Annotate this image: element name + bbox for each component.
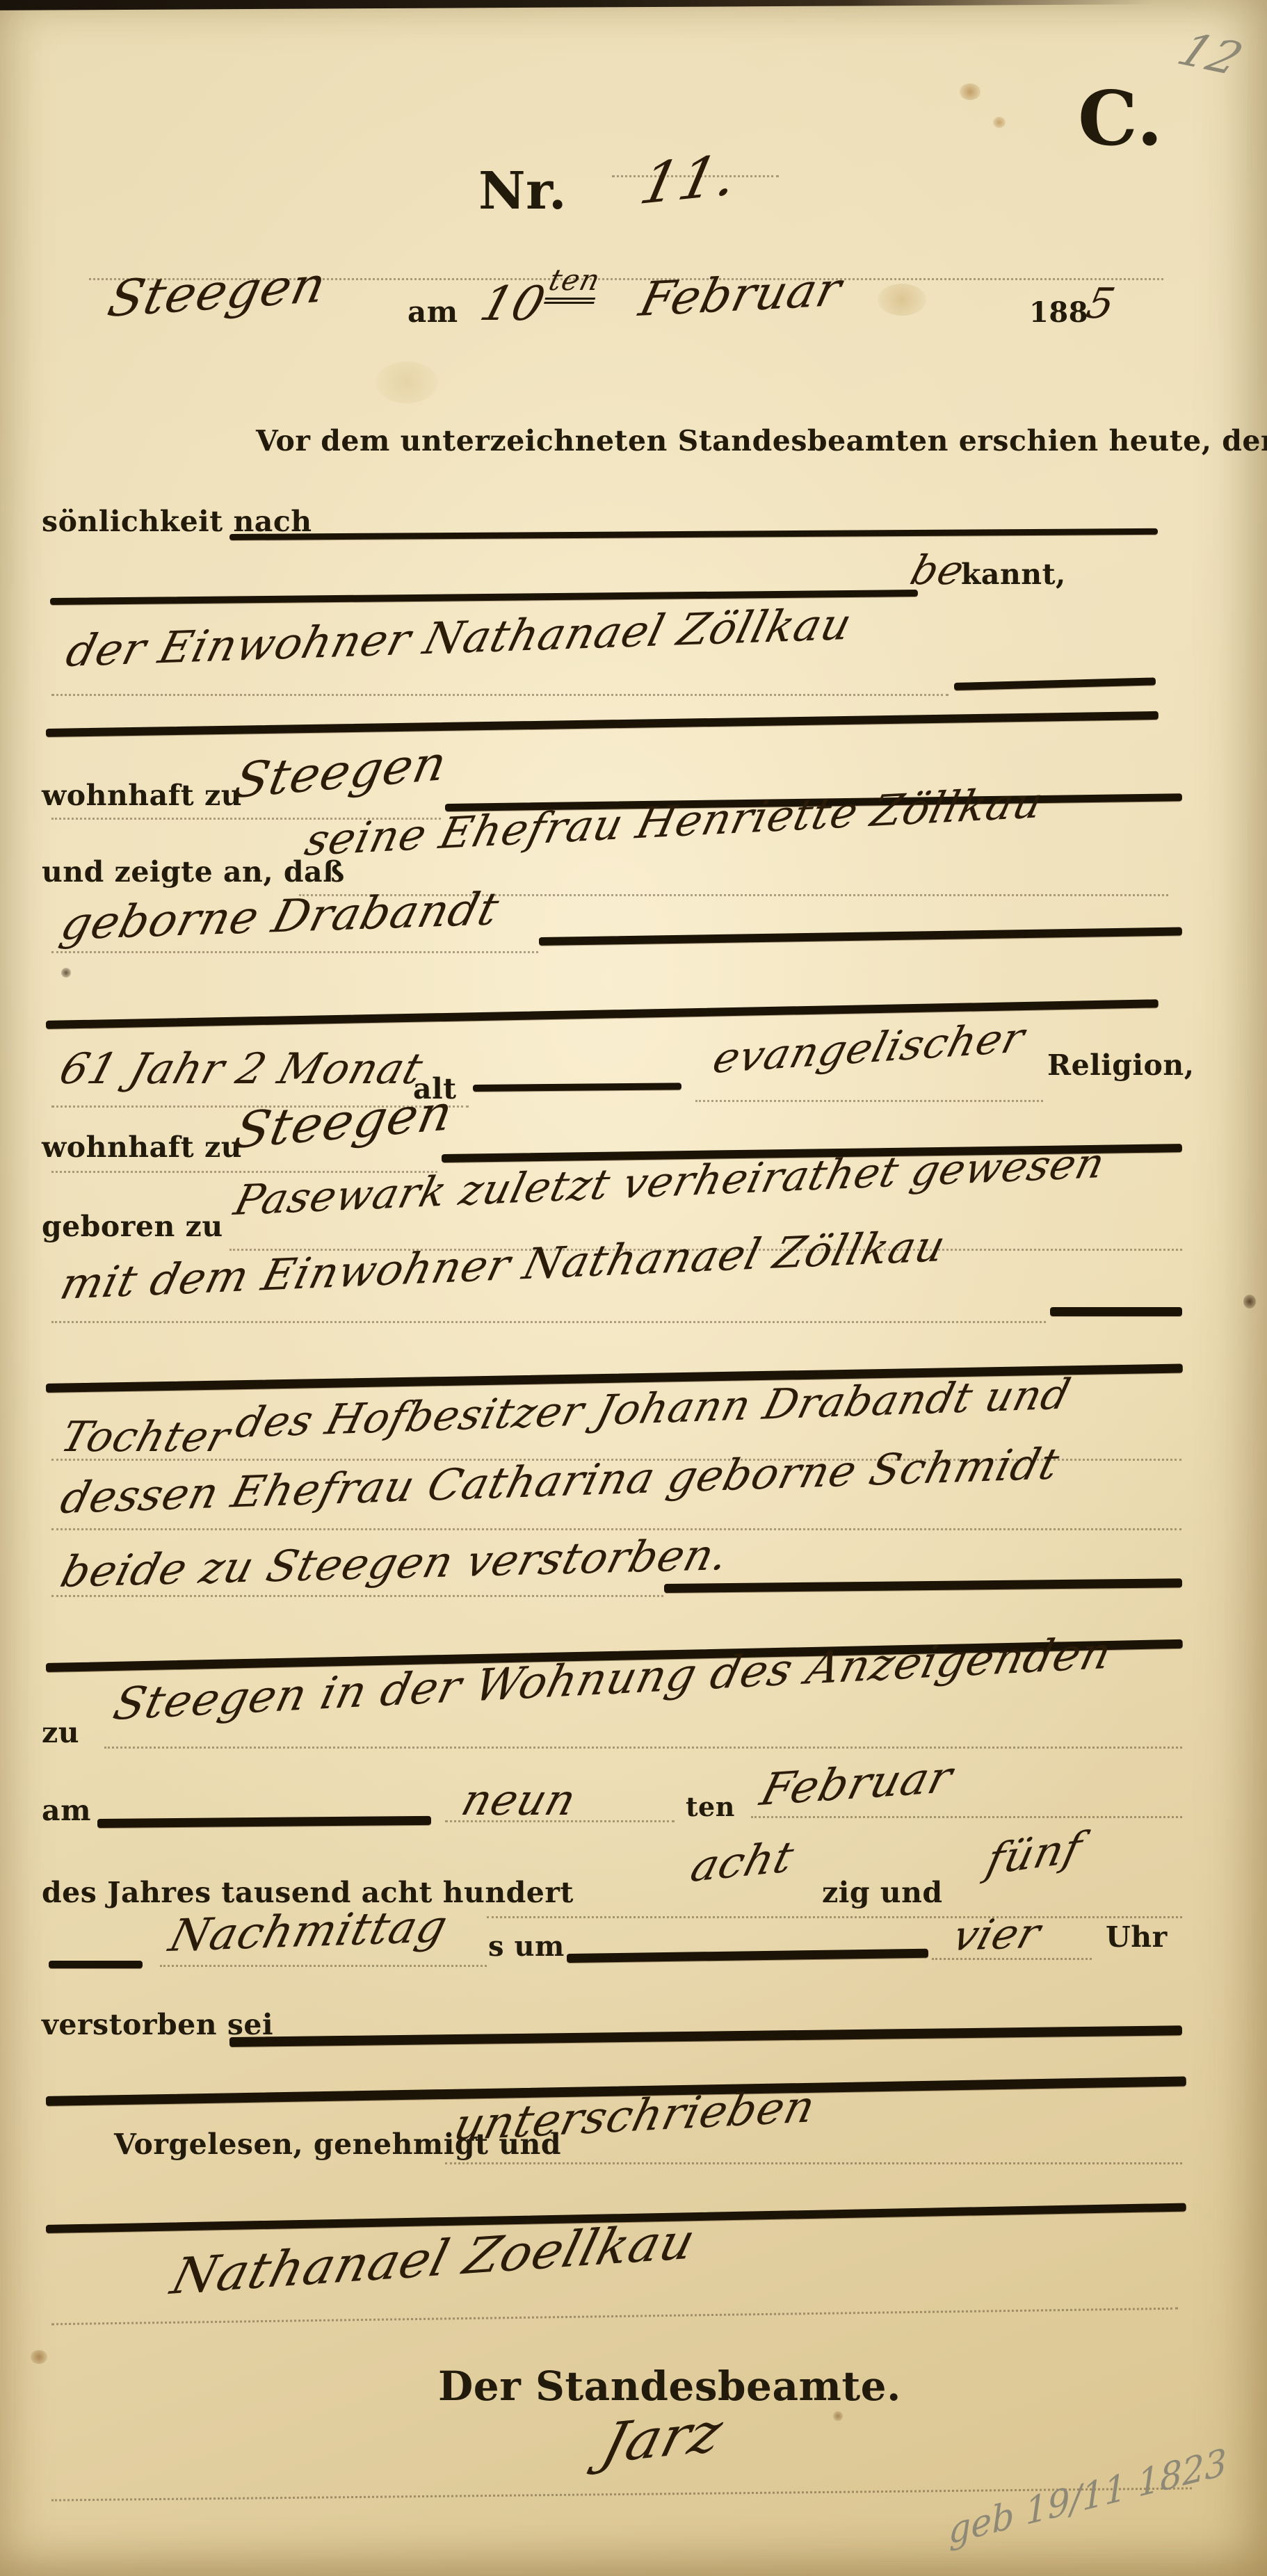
death-year-label: des Jahres tausend acht hundert: [42, 1876, 574, 1909]
registrar-label: Der Standesbeamte.: [438, 2363, 901, 2410]
intro-known-printed: kannt,: [961, 558, 1066, 591]
signature-dotline: [51, 2308, 1178, 2326]
dateline-day-suffix-hand: ten: [544, 263, 604, 304]
dateline-place-hand: Steegen: [103, 255, 332, 328]
fill-line: [567, 1949, 928, 1963]
deceased-religion-hand: evangelischer: [708, 1014, 1030, 1083]
declarant-identity-hand: der Einwohner Nathanael Zöllkau: [61, 599, 857, 677]
record-number-value: 11.: [634, 143, 744, 218]
dotline: [104, 1747, 1182, 1749]
parents-relation-hand: Tochter: [56, 1413, 236, 1461]
paper-stain: [878, 284, 926, 316]
death-ten-label: ten: [686, 1791, 735, 1822]
dotline: [160, 1965, 487, 1967]
dotline: [51, 694, 949, 696]
paper-stain: [993, 117, 1006, 128]
paper-stain: [833, 2411, 843, 2421]
ink-blot: [1243, 1295, 1256, 1309]
dateline-day-hand: 10: [474, 277, 551, 332]
deceased-religion-label: Religion,: [1047, 1048, 1194, 1082]
death-uhr-label: Uhr: [1106, 1920, 1168, 1954]
paper-stain: [31, 2350, 47, 2364]
dateline-am-label: am: [407, 295, 458, 329]
death-zig-label: zig und: [822, 1876, 943, 1909]
deceased-age-hand: 61 Jahr 2 Monat: [54, 1044, 429, 1094]
paper-stain: [960, 83, 980, 100]
declarant-residence-hand: Steegen: [229, 734, 452, 809]
deceased-residence-hand: Steegen: [229, 1083, 458, 1160]
deceased-residence-label: wohnhaft zu: [42, 1131, 242, 1164]
dotline: [445, 2162, 1182, 2164]
series-letter: C.: [1078, 75, 1163, 163]
fill-line: [229, 528, 1158, 540]
fill-line: [954, 677, 1156, 690]
paper-stain: [376, 362, 438, 403]
dotline: [445, 1820, 675, 1822]
fill-line: [49, 1961, 143, 1968]
death-on-label: am: [42, 1794, 91, 1827]
death-daytime-hand: Nachmittag: [164, 1901, 453, 1962]
death-deceased-label: verstorben sei: [42, 2008, 273, 2041]
section-rule: [46, 711, 1159, 737]
dateline-year-printed: 188: [1029, 296, 1088, 329]
intro-line1: Vor dem unterzeichneten Standesbeamten e…: [256, 424, 1267, 457]
death-place-hand: Steegen in der Wohnung des Anzeigenden: [108, 1628, 1117, 1731]
record-number-label: Nr.: [478, 161, 567, 221]
fill-line: [1050, 1307, 1182, 1316]
parents-status-hand: beide zu Steegen verstorben.: [56, 1529, 734, 1597]
fill-line: [664, 1578, 1182, 1593]
ink-blot: [61, 968, 71, 978]
dotline: [51, 1595, 663, 1597]
dateline-month-hand: Februar: [634, 262, 847, 327]
scan-top-edge: [0, 0, 1267, 10]
fill-line: [473, 1083, 681, 1092]
fill-line: [539, 927, 1182, 946]
death-register-page: 12 C. Nr. 11. Steegen am 10 ten Februar …: [0, 0, 1267, 2576]
death-day-hand: neun: [456, 1774, 582, 1825]
dotline: [51, 951, 538, 953]
death-unit-hand: fünf: [982, 1822, 1087, 1885]
declarant-maiden-hand: geborne Drabandt: [56, 883, 504, 950]
fill-line: [97, 1816, 431, 1828]
dotline: [51, 1528, 1181, 1530]
dotline: [932, 1958, 1092, 1960]
death-sum-label: s um: [488, 1930, 565, 1963]
declarant-report-label: und zeigte an, daß: [42, 855, 345, 889]
pencil-birth-note: geb 19/11 1823: [948, 2441, 1227, 2553]
intro-known-hand: be: [905, 546, 970, 594]
dotline: [751, 1816, 1182, 1818]
death-decade-hand: acht: [686, 1831, 800, 1892]
registrar-signature: Jarz: [595, 2399, 729, 2476]
dotline: [695, 1100, 1043, 1102]
fill-line: [229, 2025, 1182, 2047]
death-at-label: zu: [42, 1716, 79, 1749]
dateline-year-digit-hand: 5: [1082, 280, 1120, 328]
declarant-residence-label: wohnhaft zu: [42, 779, 242, 812]
pencil-page-number: 12: [1170, 24, 1251, 86]
deceased-birthplace-label: geboren zu: [42, 1210, 223, 1243]
death-hour-hand: vier: [947, 1909, 1047, 1961]
dotline: [487, 1916, 1182, 1918]
dotline: [51, 1321, 1046, 1323]
death-month-hand: Februar: [755, 1752, 958, 1816]
